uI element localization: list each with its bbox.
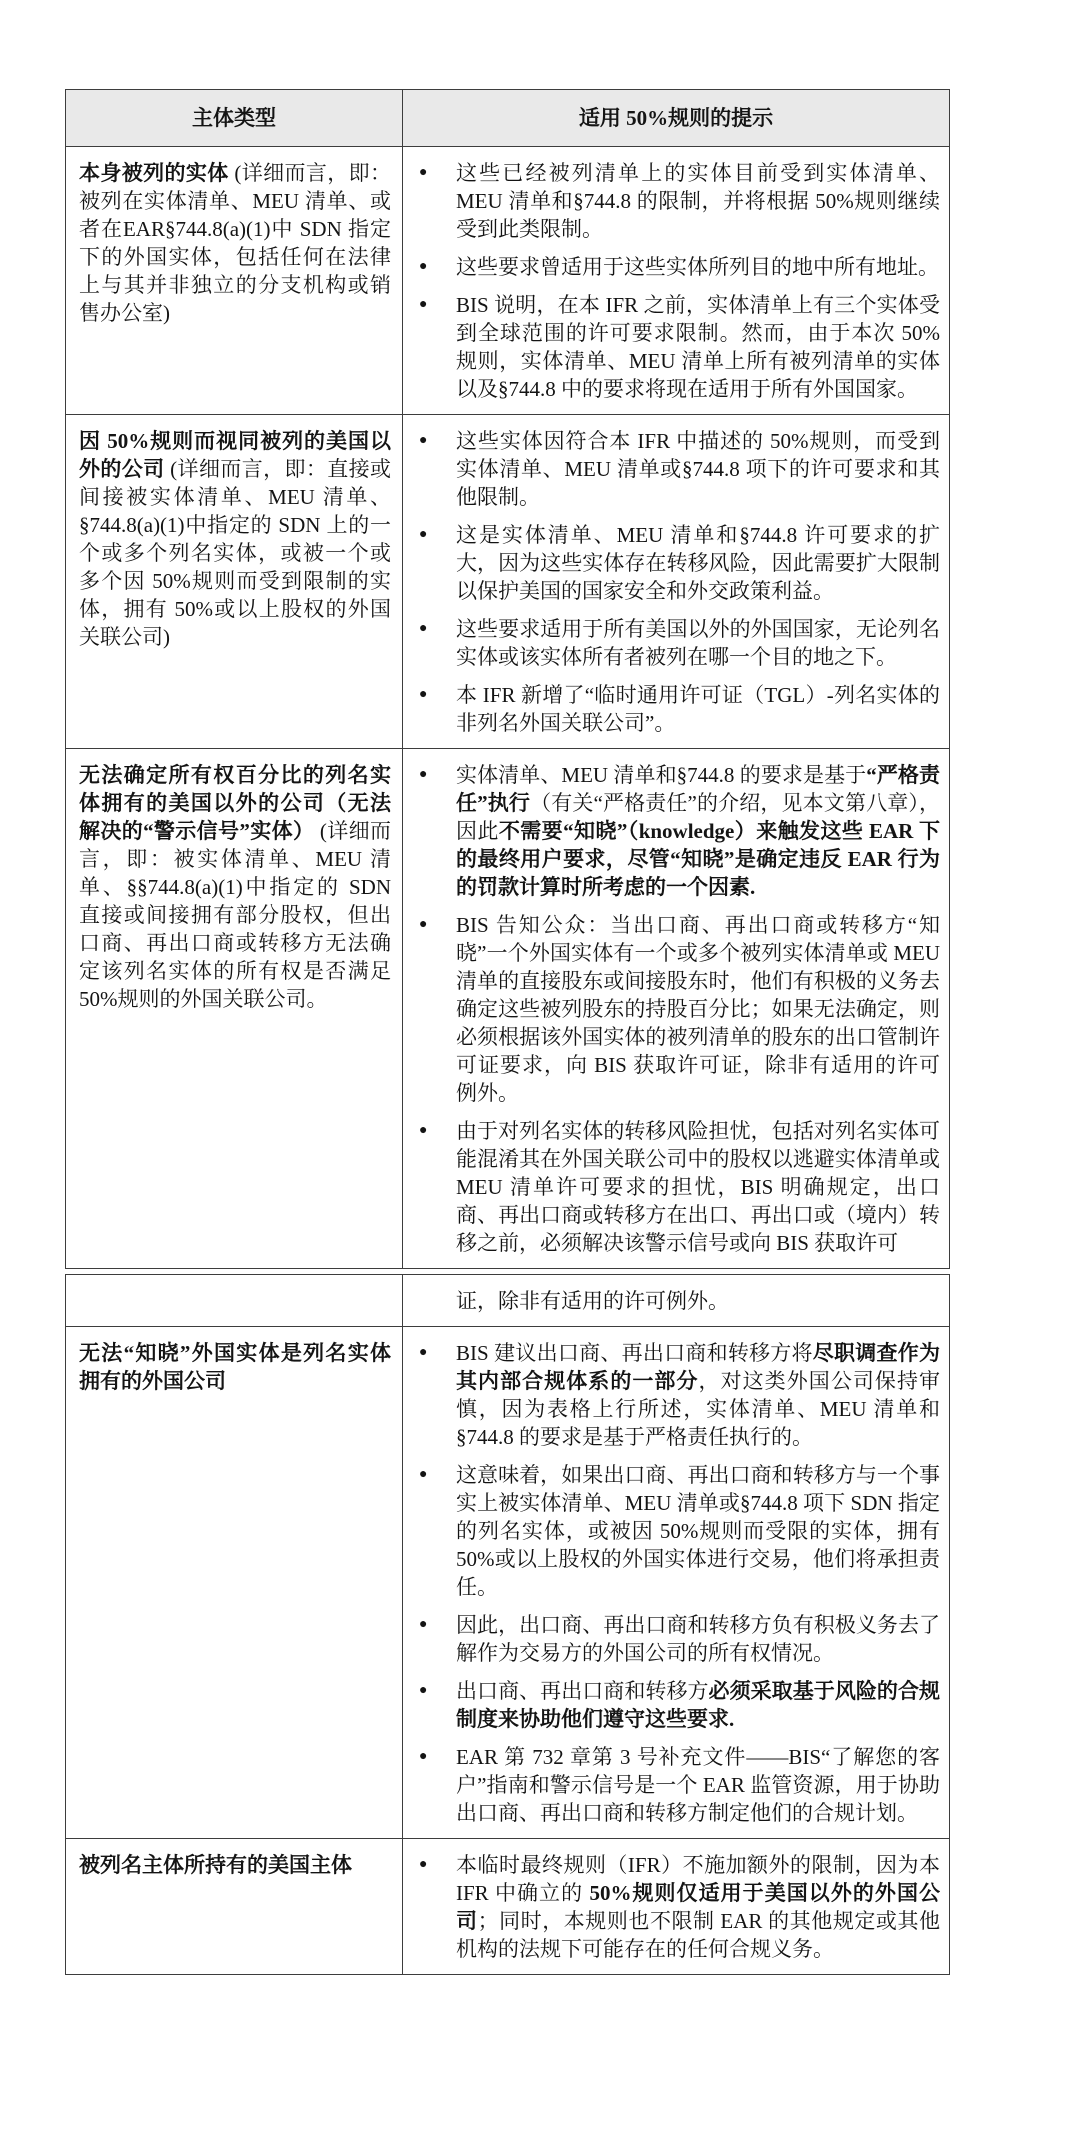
bullet-text: BIS 告知公众：当出口商、再出口商或转移方“知晓”一个外国实体有一个或多个被列… xyxy=(456,911,940,1107)
table-piece-2: 证，除非有适用的许可例外。无法“知晓”外国实体是列名实体拥有的外国公司●BIS … xyxy=(65,1274,950,1975)
text-segment: 证，除非有适用的许可例外。 xyxy=(456,1289,729,1313)
bullet-dot-icon: ● xyxy=(419,1851,456,1879)
table-row: 证，除非有适用的许可例外。 xyxy=(66,1275,949,1326)
text-segment: BIS 说明，在本 IFR 之前，实体清单上有三个实体受到全球范围的许可要求限制… xyxy=(456,293,940,401)
bullet-dot-icon: ● xyxy=(419,291,456,319)
bullet-item: ●实体清单、MEU 清单和§744.8 的要求是基于“严格责任”执行（有关“严格… xyxy=(419,761,940,901)
bullet-item: ●出口商、再出口商和转移方必须采取基于风险的合规制度来协助他们遵守这些要求. xyxy=(419,1677,940,1733)
text-segment: 这些要求曾适用于这些实体所列目的地中所有地址。 xyxy=(456,255,939,279)
table-piece-1: 主体类型 适用 50%规则的提示 本身被列的实体 (详细而言，即：被列在实体清单… xyxy=(65,89,950,1269)
table-row: 无法确定所有权百分比的列名实体拥有的美国以外的公司（无法解决的“警示信号”实体）… xyxy=(66,748,949,1268)
bullet-text: 本 IFR 新增了“临时通用许可证（TGL）-列名实体的非列名外国关联公司”。 xyxy=(456,681,940,737)
text-segment: BIS 建议出口商、再出口商和转移方将 xyxy=(456,1341,813,1365)
tips-cell: ●实体清单、MEU 清单和§744.8 的要求是基于“严格责任”执行（有关“严格… xyxy=(403,749,949,1268)
header-50-percent-rule-tips: 适用 50%规则的提示 xyxy=(403,90,949,146)
text-segment: 这些已经被列清单上的实体目前受到实体清单、MEU 清单和§744.8 的限制，并… xyxy=(456,161,940,241)
text-segment: 出口商、再出口商和转移方 xyxy=(456,1679,709,1703)
bullet-item: ●BIS 说明，在本 IFR 之前，实体清单上有三个实体受到全球范围的许可要求限… xyxy=(419,291,940,403)
bullet-dot-icon: ● xyxy=(419,911,456,939)
bullet-item: ●这意味着，如果出口商、再出口商和转移方与一个事实上被实体清单、MEU 清单或§… xyxy=(419,1461,940,1601)
regulation-table-document: 主体类型 适用 50%规则的提示 本身被列的实体 (详细而言，即：被列在实体清单… xyxy=(65,89,950,1975)
bullet-text: 这些已经被列清单上的实体目前受到实体清单、MEU 清单和§744.8 的限制，并… xyxy=(456,159,940,243)
bullet-dot-icon: ● xyxy=(419,427,456,455)
bullet-item: ●这些实体因符合本 IFR 中描述的 50%规则，而受到实体清单、MEU 清单或… xyxy=(419,427,940,511)
text-segment: ；同时，本规则也不限制 EAR 的其他规定或其他机构的法规下可能存在的任何合规义… xyxy=(456,1909,940,1961)
text-segment: EAR 第 732 章第 3 号补充文件——BIS“了解您的客户”指南和警示信号… xyxy=(456,1745,940,1825)
bullet-dot-icon: ● xyxy=(419,1677,456,1705)
bullet-dot-icon: ● xyxy=(419,253,456,281)
entity-type-cell xyxy=(66,1275,403,1326)
bullet-item: ●这些要求适用于所有美国以外的外国国家，无论列名实体或该实体所有者被列在哪一个目… xyxy=(419,615,940,671)
text-segment: 这些要求适用于所有美国以外的外国国家，无论列名实体或该实体所有者被列在哪一个目的… xyxy=(456,617,940,669)
text-segment: 这些实体因符合本 IFR 中描述的 50%规则，而受到实体清单、MEU 清单或§… xyxy=(456,429,940,509)
bullet-item: 证，除非有适用的许可例外。 xyxy=(419,1287,940,1315)
text-segment: 由于对列名实体的转移风险担忧，包括对列名实体可能混淆其在外国关联公司中的股权以逃… xyxy=(456,1119,940,1255)
bullet-dot-icon: ● xyxy=(419,159,456,187)
bullet-text: 这是实体清单、MEU 清单和§744.8 许可要求的扩大，因为这些实体存在转移风… xyxy=(456,521,940,605)
table-row: 因 50%规则而视同被列的美国以外的公司 (详细而言，即：直接或间接被实体清单、… xyxy=(66,414,949,748)
tips-cell: 证，除非有适用的许可例外。 xyxy=(403,1275,949,1326)
tips-cell: ●这些实体因符合本 IFR 中描述的 50%规则，而受到实体清单、MEU 清单或… xyxy=(403,415,949,748)
bold-text-segment: 无法“知晓”外国实体是列名实体拥有的外国公司 xyxy=(79,1341,391,1393)
bullet-text: 实体清单、MEU 清单和§744.8 的要求是基于“严格责任”执行（有关“严格责… xyxy=(456,761,940,901)
table-body-piece-2: 证，除非有适用的许可例外。无法“知晓”外国实体是列名实体拥有的外国公司●BIS … xyxy=(66,1275,949,1974)
bullet-text: 证，除非有适用的许可例外。 xyxy=(456,1287,940,1315)
table-body-piece-1: 本身被列的实体 (详细而言，即：被列在实体清单、MEU 清单、或者在EAR§74… xyxy=(66,147,949,1268)
text-segment: (详细而言，即：直接或间接被实体清单、MEU 清单、§744.8(a)(1)中指… xyxy=(79,457,391,649)
tips-cell: ●本临时最终规则（IFR）不施加额外的限制，因为本 IFR 中确立的 50%规则… xyxy=(403,1839,949,1974)
bullet-item: ●这些要求曾适用于这些实体所列目的地中所有地址。 xyxy=(419,253,940,281)
bullet-text: 这些要求适用于所有美国以外的外国国家，无论列名实体或该实体所有者被列在哪一个目的… xyxy=(456,615,940,671)
bullet-text: 这些要求曾适用于这些实体所列目的地中所有地址。 xyxy=(456,253,940,281)
bullet-dot-icon: ● xyxy=(419,761,456,789)
bullet-dot-icon: ● xyxy=(419,521,456,549)
bullet-item: ●这是实体清单、MEU 清单和§744.8 许可要求的扩大，因为这些实体存在转移… xyxy=(419,521,940,605)
bullet-item: ●由于对列名实体的转移风险担忧，包括对列名实体可能混淆其在外国关联公司中的股权以… xyxy=(419,1117,940,1257)
bullet-dot-icon: ● xyxy=(419,1461,456,1489)
tips-cell: ●这些已经被列清单上的实体目前受到实体清单、MEU 清单和§744.8 的限制，… xyxy=(403,147,949,414)
bullet-dot-icon: ● xyxy=(419,1339,456,1367)
entity-type-cell: 本身被列的实体 (详细而言，即：被列在实体清单、MEU 清单、或者在EAR§74… xyxy=(66,147,403,414)
bullet-item: ●这些已经被列清单上的实体目前受到实体清单、MEU 清单和§744.8 的限制，… xyxy=(419,159,940,243)
bold-text-segment: 不需要“知晓”（knowledge）来触发这些 EAR 下的最终用户要求，尽管“… xyxy=(456,819,940,899)
bullet-text: 因此，出口商、再出口商和转移方负有积极义务去了解作为交易方的外国公司的所有权情况… xyxy=(456,1611,940,1667)
bullet-text: BIS 说明，在本 IFR 之前，实体清单上有三个实体受到全球范围的许可要求限制… xyxy=(456,291,940,403)
bullet-dot-icon: ● xyxy=(419,1743,456,1771)
entity-type-cell: 被列名主体所持有的美国主体 xyxy=(66,1839,403,1974)
bullet-item: ●BIS 建议出口商、再出口商和转移方将尽职调查作为其内部合规体系的一部分，对这… xyxy=(419,1339,940,1451)
bullet-dot-icon: ● xyxy=(419,681,456,709)
bullet-text: 这些实体因符合本 IFR 中描述的 50%规则，而受到实体清单、MEU 清单或§… xyxy=(456,427,940,511)
bullet-item: ●因此，出口商、再出口商和转移方负有积极义务去了解作为交易方的外国公司的所有权情… xyxy=(419,1611,940,1667)
tips-cell: ●BIS 建议出口商、再出口商和转移方将尽职调查作为其内部合规体系的一部分，对这… xyxy=(403,1327,949,1838)
table-row: 被列名主体所持有的美国主体●本临时最终规则（IFR）不施加额外的限制，因为本 I… xyxy=(66,1838,949,1974)
bullet-item: ●本 IFR 新增了“临时通用许可证（TGL）-列名实体的非列名外国关联公司”。 xyxy=(419,681,940,737)
bullet-dot-icon: ● xyxy=(419,1611,456,1639)
bullet-text: 本临时最终规则（IFR）不施加额外的限制，因为本 IFR 中确立的 50%规则仅… xyxy=(456,1851,940,1963)
bold-text-segment: 被列名主体所持有的美国主体 xyxy=(79,1853,352,1877)
text-segment: 因此，出口商、再出口商和转移方负有积极义务去了解作为交易方的外国公司的所有权情况… xyxy=(456,1613,940,1665)
bullet-item: ●EAR 第 732 章第 3 号补充文件——BIS“了解您的客户”指南和警示信… xyxy=(419,1743,940,1827)
table-header-row: 主体类型 适用 50%规则的提示 xyxy=(66,90,949,147)
header-entity-type: 主体类型 xyxy=(66,90,403,146)
bullet-text: EAR 第 732 章第 3 号补充文件——BIS“了解您的客户”指南和警示信号… xyxy=(456,1743,940,1827)
text-segment: (详细而言，即：被实体清单、MEU 清单、§§744.8(a)(1)中指定的 S… xyxy=(79,819,391,1011)
table-row: 本身被列的实体 (详细而言，即：被列在实体清单、MEU 清单、或者在EAR§74… xyxy=(66,147,949,414)
entity-type-cell: 无法确定所有权百分比的列名实体拥有的美国以外的公司（无法解决的“警示信号”实体）… xyxy=(66,749,403,1268)
text-segment: 这是实体清单、MEU 清单和§744.8 许可要求的扩大，因为这些实体存在转移风… xyxy=(456,523,940,603)
bullet-dot-icon: ● xyxy=(419,1117,456,1145)
bullet-text: 由于对列名实体的转移风险担忧，包括对列名实体可能混淆其在外国关联公司中的股权以逃… xyxy=(456,1117,940,1257)
bullet-text: 出口商、再出口商和转移方必须采取基于风险的合规制度来协助他们遵守这些要求. xyxy=(456,1677,940,1733)
text-segment: 本 IFR 新增了“临时通用许可证（TGL）-列名实体的非列名外国关联公司”。 xyxy=(456,683,940,735)
bullet-text: BIS 建议出口商、再出口商和转移方将尽职调查作为其内部合规体系的一部分，对这类… xyxy=(456,1339,940,1451)
text-segment: (详细而言，即：被列在实体清单、MEU 清单、或者在EAR§744.8(a)(1… xyxy=(79,161,391,325)
bullet-dot-icon: ● xyxy=(419,615,456,643)
table-row: 无法“知晓”外国实体是列名实体拥有的外国公司●BIS 建议出口商、再出口商和转移… xyxy=(66,1326,949,1838)
bold-text-segment: 本身被列的实体 xyxy=(79,161,229,185)
text-segment: 实体清单、MEU 清单和§744.8 的要求是基于 xyxy=(456,763,866,787)
bullet-text: 这意味着，如果出口商、再出口商和转移方与一个事实上被实体清单、MEU 清单或§7… xyxy=(456,1461,940,1601)
text-segment: BIS 告知公众：当出口商、再出口商或转移方“知晓”一个外国实体有一个或多个被列… xyxy=(456,913,940,1105)
entity-type-cell: 无法“知晓”外国实体是列名实体拥有的外国公司 xyxy=(66,1327,403,1838)
text-segment: 这意味着，如果出口商、再出口商和转移方与一个事实上被实体清单、MEU 清单或§7… xyxy=(456,1463,940,1599)
bullet-item: ●本临时最终规则（IFR）不施加额外的限制，因为本 IFR 中确立的 50%规则… xyxy=(419,1851,940,1963)
document-page: 主体类型 适用 50%规则的提示 本身被列的实体 (详细而言，即：被列在实体清单… xyxy=(0,0,1080,2156)
bullet-item: ●BIS 告知公众：当出口商、再出口商或转移方“知晓”一个外国实体有一个或多个被… xyxy=(419,911,940,1107)
entity-type-cell: 因 50%规则而视同被列的美国以外的公司 (详细而言，即：直接或间接被实体清单、… xyxy=(66,415,403,748)
